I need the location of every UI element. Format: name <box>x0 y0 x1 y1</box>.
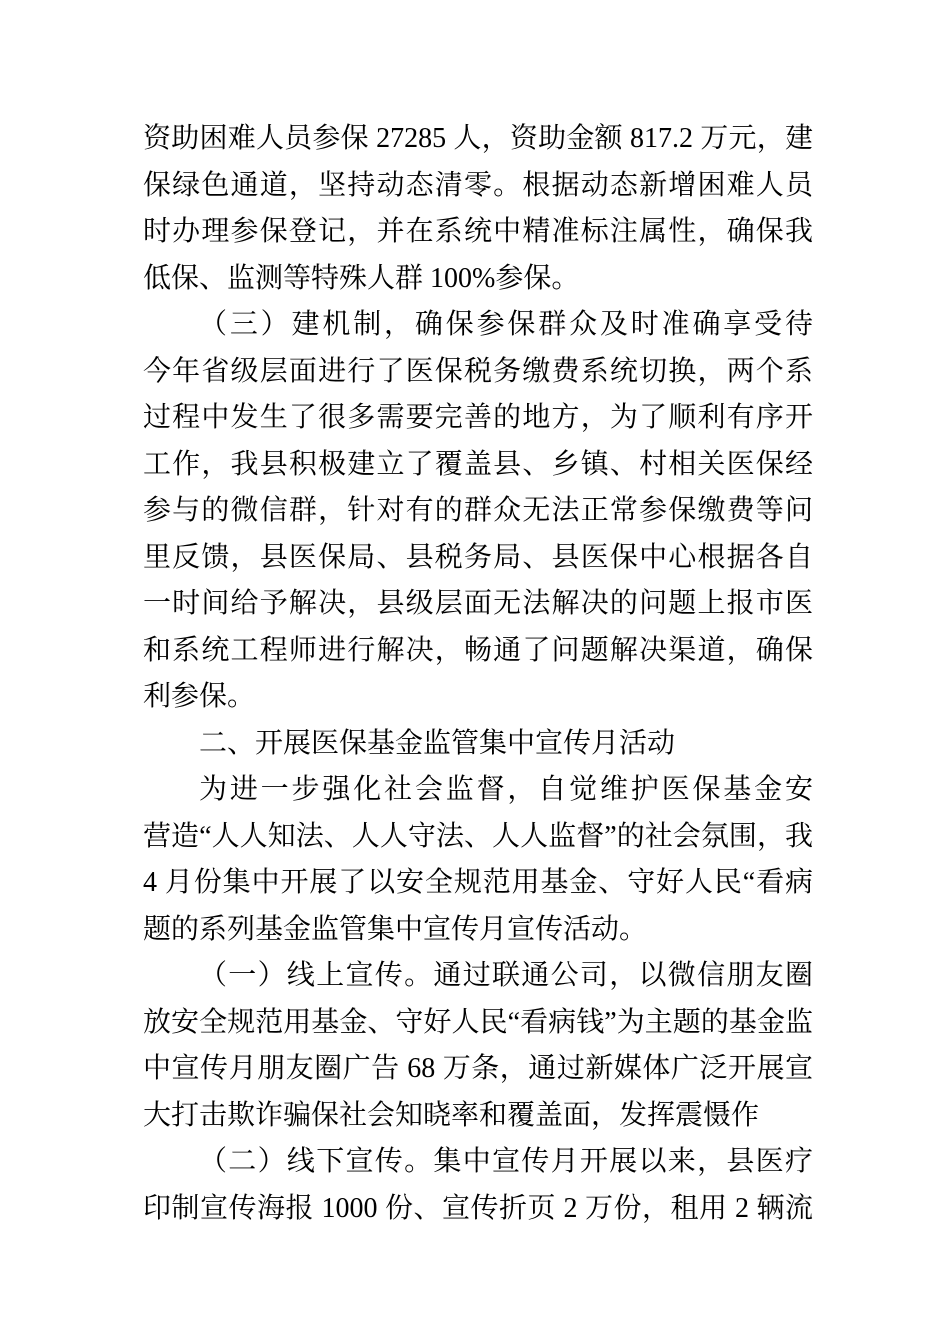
document-body: 资助困难人员参保 27285 人，资助金额 817.2 万元，建立参保绿色通道，… <box>143 116 813 1232</box>
text-line: 大打击欺诈骗保社会知晓率和覆盖面，发挥震慑作用。 <box>143 1093 813 1140</box>
text-line: 参与的微信群，针对有的群众无法正常参保缴费等问题在群 <box>143 488 813 535</box>
text-line: 二、开展医保基金监管集中宣传月活动 <box>143 721 813 768</box>
paragraph: 二、开展医保基金监管集中宣传月活动 <box>143 721 813 768</box>
text-line: 为进一步强化社会监督，自觉维护医保基金安全，大力 <box>143 767 813 814</box>
text-line: （三）建机制，确保参保群众及时准确享受待遇。由于 <box>143 302 813 349</box>
paragraph: （二）线下宣传。集中宣传月开展以来，县医疗保障局印制宣传海报 1000 份、宣传… <box>143 1139 813 1232</box>
text-line: 低保、监测等特殊人群 100%参保。 <box>143 256 813 303</box>
text-line: 印制宣传海报 1000 份、宣传折页 2 万份，租用 2 辆流动宣 <box>143 1186 813 1233</box>
text-line: 里反馈，县医保局、县税务局、县医保中心根据各自职责第 <box>143 535 813 582</box>
paragraph: （一）线上宣传。通过联通公司，以微信朋友圈方式投放安全规范用基金、守好人民“看病… <box>143 953 813 1139</box>
text-line: （一）线上宣传。通过联通公司，以微信朋友圈方式投 <box>143 953 813 1000</box>
text-line: 资助困难人员参保 27285 人，资助金额 817.2 万元，建立参 <box>143 116 813 163</box>
text-line: （二）线下宣传。集中宣传月开展以来，县医疗保障局 <box>143 1139 813 1186</box>
text-line: 保绿色通道，坚持动态清零。根据动态新增困难人员名单，及 <box>143 163 813 210</box>
text-line: 和系统工程师进行解决，畅通了问题解决渠道，确保群众顺 <box>143 628 813 675</box>
text-line: 工作，我县积极建立了覆盖县、乡镇、村相关医保经办人员 <box>143 442 813 489</box>
text-line: 营造“人人知法、人人守法、人人监督”的社会氛围，我县于 <box>143 814 813 861</box>
paragraph: 资助困难人员参保 27285 人，资助金额 817.2 万元，建立参保绿色通道，… <box>143 116 813 302</box>
text-line: 今年省级层面进行了医保税务缴费系统切换，两个系统切换 <box>143 349 813 396</box>
text-line: 利参保。 <box>143 674 813 721</box>
text-line: 题的系列基金监管集中宣传月宣传活动。 <box>143 907 813 954</box>
text-line: 时办理参保登记，并在系统中精准标注属性，确保我县特困、 <box>143 209 813 256</box>
document-page: 资助困难人员参保 27285 人，资助金额 817.2 万元，建立参保绿色通道，… <box>0 0 950 1344</box>
text-line: 中宣传月朋友圈广告 68 万条，通过新媒体广泛开展宣传，扩 <box>143 1046 813 1093</box>
text-line: 过程中发生了很多需要完善的地方，为了顺利有序开展征缴 <box>143 395 813 442</box>
paragraph: （三）建机制，确保参保群众及时准确享受待遇。由于今年省级层面进行了医保税务缴费系… <box>143 302 813 721</box>
text-line: 一时间给予解决，县级层面无法解决的问题上报市医保中心 <box>143 581 813 628</box>
text-line: 4 月份集中开展了以安全规范用基金、守好人民“看病钱” 为主 <box>143 860 813 907</box>
paragraph: 为进一步强化社会监督，自觉维护医保基金安全，大力营造“人人知法、人人守法、人人监… <box>143 767 813 953</box>
text-line: 放安全规范用基金、守好人民“看病钱”为主题的基金监管集 <box>143 1000 813 1047</box>
